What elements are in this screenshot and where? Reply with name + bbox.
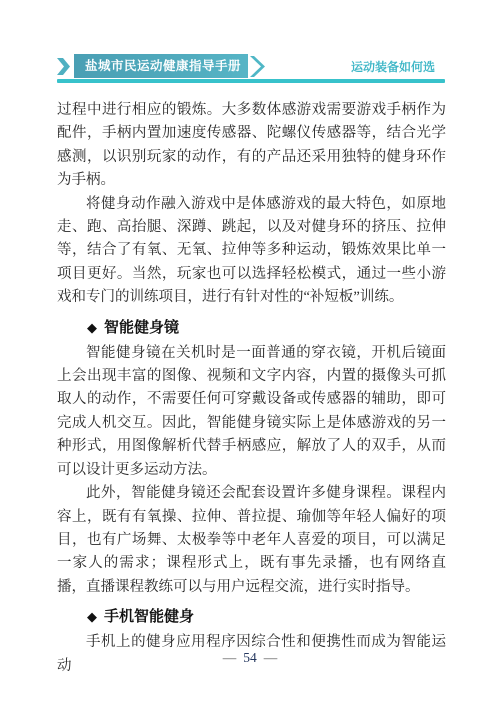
body-paragraph-4: 此外，智能健身镜还会配套设置许多健身课程。课程内容上，既有有氧操、拉伸、普拉提、… — [57, 482, 446, 599]
banner-title-text: 盐城市民运动健康指导手册 — [85, 59, 241, 73]
banner-title: 盐城市民运动健康指导手册 — [74, 54, 248, 78]
header-topic: 运动装备如何选 — [351, 58, 435, 75]
body-paragraph-1: 过程中进行相应的锻炼。大多数体感游戏需要游戏手柄作为配件，手柄内置加速度传感器、… — [57, 99, 446, 193]
footer-dash-right: — — [264, 650, 278, 665]
page-footer: —54— — [0, 650, 500, 666]
header-banner-row: 盐城市民运动健康指导手册 运动装备如何选 — [57, 54, 445, 78]
diamond-bullet-icon: ◆ — [87, 609, 97, 624]
header-rule — [57, 79, 445, 83]
section-heading-phone-fitness: ◆手机智能健身 — [57, 605, 446, 628]
footer-dash-left: — — [223, 650, 237, 665]
section-heading-smart-mirror: ◆智能健身镜 — [57, 316, 446, 339]
page-content: 过程中进行相应的锻炼。大多数体感游戏需要游戏手柄作为配件，手柄内置加速度传感器、… — [57, 99, 446, 678]
page-header: 盐城市民运动健康指导手册 运动装备如何选 — [57, 54, 445, 83]
page-number: 54 — [243, 650, 257, 665]
body-paragraph-3: 智能健身镜在关机时是一面普通的穿衣镜，开机后镜面上会出现丰富的图像、视频和文字内… — [57, 342, 446, 482]
banner-chevron-icon — [57, 58, 70, 75]
page: 盐城市民运动健康指导手册 运动装备如何选 过程中进行相应的锻炼。大多数体感游戏需… — [0, 0, 500, 710]
body-paragraph-2: 将健身动作融入游戏中是体感游戏的最大特色，如原地走、跑、高抬腿、深蹲、跳起，以及… — [57, 193, 446, 310]
diamond-bullet-icon: ◆ — [87, 320, 97, 335]
section-heading-phone-fitness-text: 手机智能健身 — [104, 608, 194, 625]
section-heading-smart-mirror-text: 智能健身镜 — [104, 319, 179, 336]
banner-arrow-icon — [250, 56, 265, 77]
